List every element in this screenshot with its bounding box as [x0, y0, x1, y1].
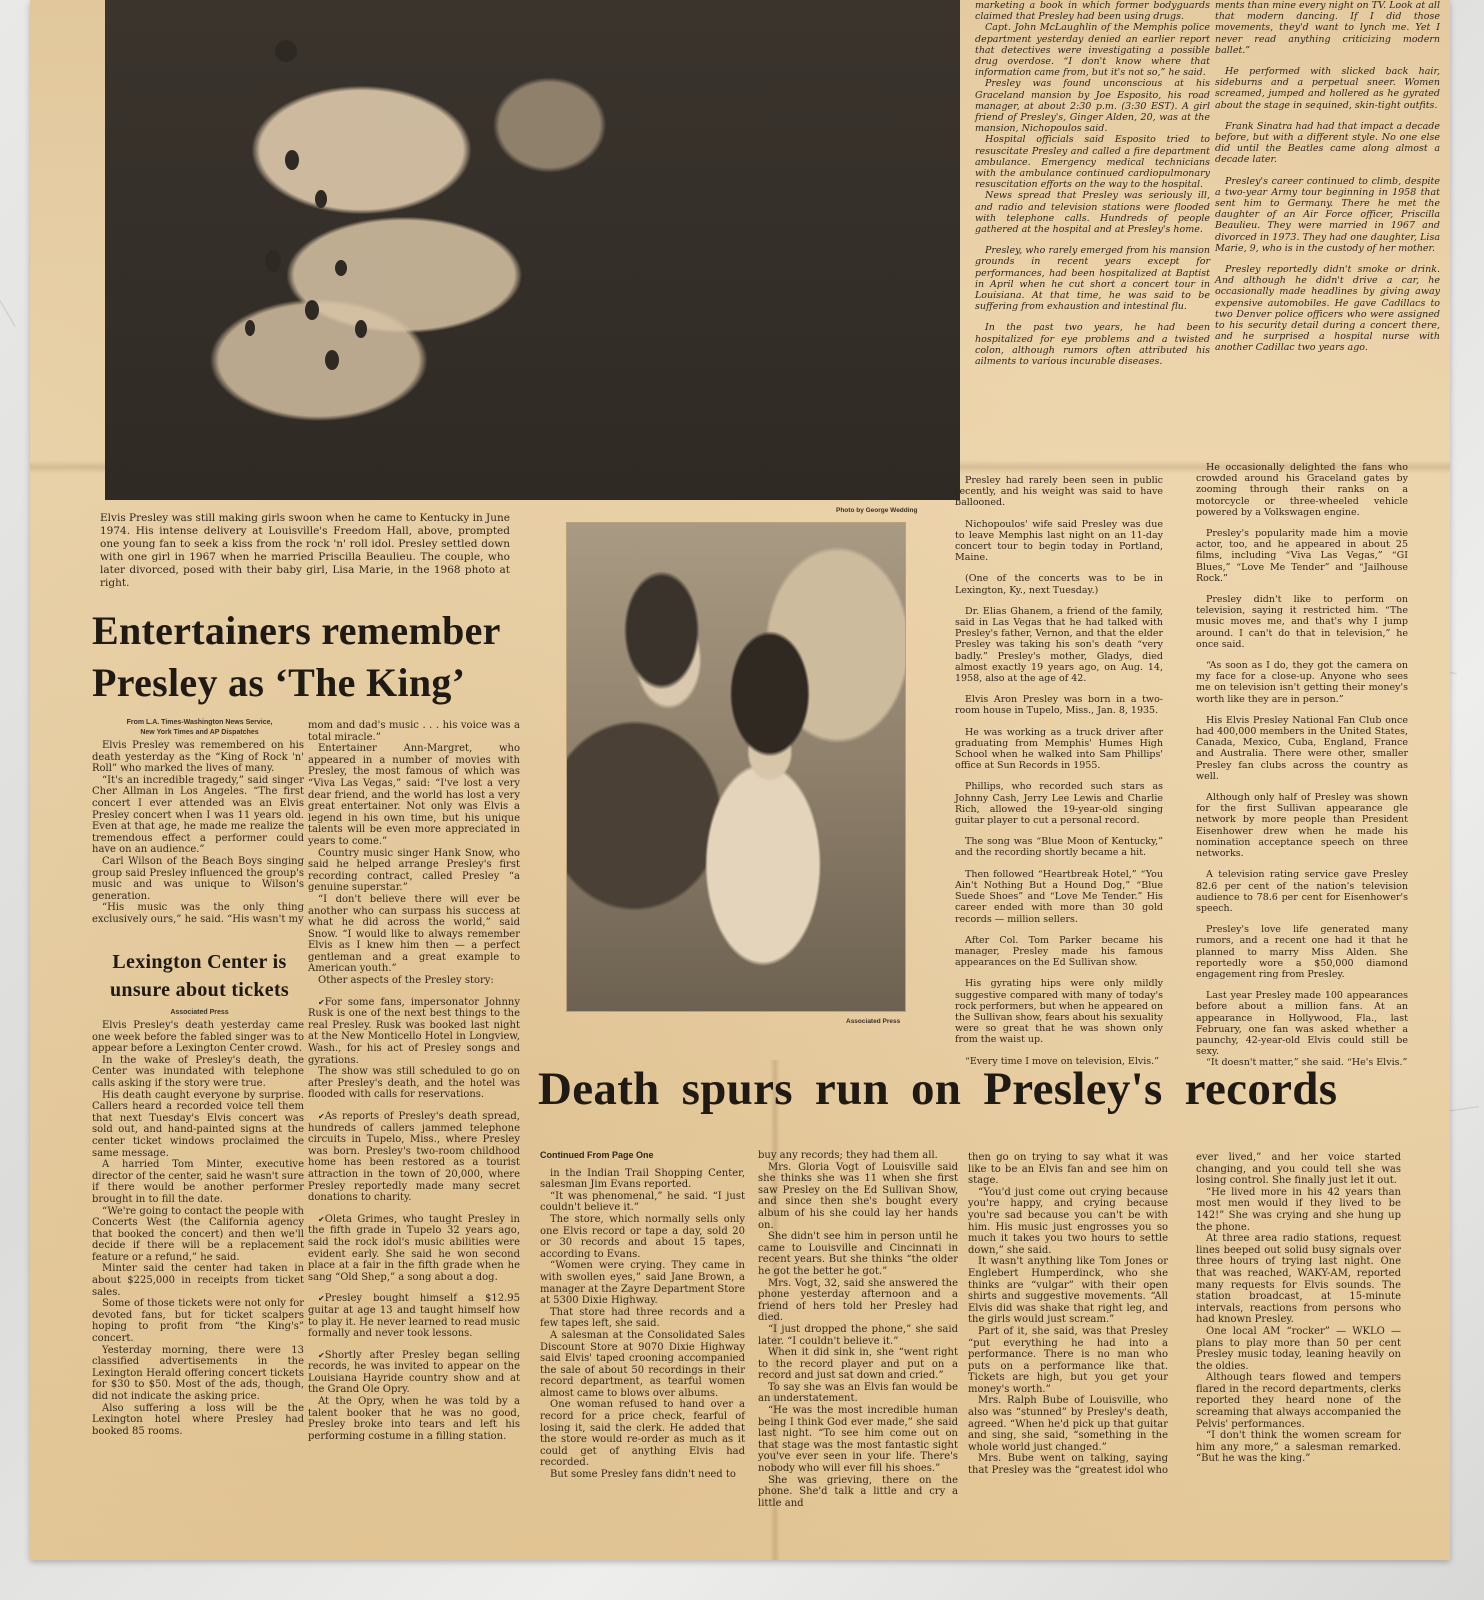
paragraph: Presley, who rarely emerged from his man… [975, 245, 1210, 312]
paragraph: Frank Sinatra had had that impact a deca… [1215, 121, 1440, 166]
paragraph: buy any records; they had them all. [758, 1150, 958, 1162]
family-photo [566, 522, 906, 1012]
paragraph: “It was phenomenal,” he said. “I just co… [540, 1191, 745, 1214]
paragraph: Then followed “Heartbreak Hotel,” “You A… [955, 869, 1163, 925]
paragraph: Presley's love life generated many rumor… [1196, 924, 1408, 980]
paragraph: He was working as a truck driver after g… [955, 727, 1163, 772]
paragraph: Presley reportedly didn't smoke or drink… [1215, 264, 1440, 354]
paragraph: His Elvis Presley National Fan Club once… [1196, 715, 1408, 782]
column-records-1: Continued From Page One in the Indian Tr… [540, 1150, 745, 1481]
paragraph: “We're going to contact the people with … [92, 1206, 304, 1264]
byline-lexington: Associated Press [92, 1008, 307, 1018]
paragraph: Nichopoulos' wife said Presley was due t… [955, 519, 1163, 564]
bullet-item: As reports of Presley's death spread, hu… [308, 1111, 520, 1204]
paragraph: Mrs. Gloria Vogt of Louisville said she … [758, 1162, 958, 1232]
paragraph: A harried Tom Minter, executive director… [92, 1159, 304, 1205]
headline-records: Death spurs run on Presley's records [538, 1060, 1378, 1118]
paragraph: ever lived,” and her voice started chang… [1196, 1152, 1401, 1187]
paragraph: She didn't see him in person until he ca… [758, 1231, 958, 1277]
byline-line: From L.A. Times-Washington News Service, [92, 718, 307, 728]
paragraph: One local AM “rocker” — WKLO — plans to … [1196, 1326, 1401, 1372]
paragraph: Other aspects of the Presley story: [308, 975, 520, 987]
paragraph: Carl Wilson of the Beach Boys singing gr… [92, 856, 304, 902]
headline-entertainers: Entertainers remember Presley as ‘The Ki… [92, 605, 532, 709]
paragraph: “Women were crying. They came in with sw… [540, 1260, 745, 1306]
paragraph: A salesman at the Consolidated Sales Dis… [540, 1330, 745, 1400]
column-records-3: then go on trying to say what it was lik… [968, 1152, 1168, 1477]
paragraph: That store had three records and a few t… [540, 1307, 745, 1330]
paragraph: Capt. John McLaughlin of the Memphis pol… [975, 22, 1210, 78]
paragraph: Part of it, she said, was that Presley “… [968, 1326, 1168, 1396]
paragraph: “As soon as I do, they got the camera on… [1196, 660, 1408, 705]
paragraph: “He was the most incredible human being … [758, 1405, 958, 1475]
column-main-lower-right: He occasionally delighted the fans who c… [1196, 462, 1408, 1069]
paragraph: Elvis Presley's death yesterday came one… [92, 1020, 304, 1055]
paragraph: Yesterday morning, there were 13 classif… [92, 1345, 304, 1403]
paragraph: Mrs. Vogt, 32, said she answered the pho… [758, 1278, 958, 1324]
continued-label: Continued From Page One [540, 1150, 745, 1162]
paragraph: Presley's career continued to climb, des… [1215, 176, 1440, 254]
photo-credit: Photo by George Wedding [836, 507, 918, 514]
paragraph: Elvis Presley was remembered on his deat… [92, 740, 304, 775]
headline-lexington: Lexington Center is unsure about tickets [92, 948, 307, 1004]
paragraph: Some of those tickets were not only for … [92, 1298, 304, 1344]
paragraph: “He lived more in his 42 years than most… [1196, 1187, 1401, 1233]
paragraph: “I just dropped the phone,” she said lat… [758, 1324, 958, 1347]
paragraph: Presley's popularity made him a movie ac… [1196, 528, 1408, 584]
paragraph: Although tears flowed and tempers flared… [1196, 1372, 1401, 1430]
paragraph: Mrs. Bube went on talking, saying that P… [968, 1453, 1168, 1476]
paragraph: then go on trying to say what it was lik… [968, 1152, 1168, 1187]
byline-line: New York Times and AP Dispatches [92, 728, 307, 738]
paragraph: After Col. Tom Parker became his manager… [955, 935, 1163, 969]
paragraph: “I don't think the women scream for him … [1196, 1430, 1401, 1465]
photo-credit: Associated Press [846, 1018, 900, 1025]
paragraph: mom and dad's music . . . his voice was … [308, 720, 520, 743]
paragraph: His death caught everyone by surprise. C… [92, 1090, 304, 1160]
paragraph: “You'd just come out crying because you'… [968, 1187, 1168, 1257]
paragraph: marketing a book in which former bodygua… [975, 0, 1210, 22]
paragraph: Elvis Aron Presley was born in a two-roo… [955, 694, 1163, 716]
paragraph: News spread that Presley was seriously i… [975, 190, 1210, 235]
bullet-item: Shortly after Presley began selling reco… [308, 1350, 520, 1396]
bullet-item: Presley bought himself a $12.95 guitar a… [308, 1293, 520, 1339]
paragraph: Phillips, who recorded such stars as Joh… [955, 781, 1163, 826]
paragraph: Country music singer Hank Snow, who said… [308, 848, 520, 894]
bullet-item: For some fans, impersonator Johnny Rusk … [308, 997, 520, 1067]
paragraph: (One of the concerts was to be in Lexing… [955, 573, 1163, 595]
column-main-upper-right: ments than mine every night on TV. Look … [1215, 0, 1440, 354]
paragraph: Entertainer Ann-Margret, who appeared in… [308, 743, 520, 847]
paragraph: Dr. Elias Ghanem, a friend of the family… [955, 606, 1163, 684]
paragraph: When it did sink in, she “went right to … [758, 1347, 958, 1382]
paragraph: Also suffering a loss will be the Lexing… [92, 1403, 304, 1438]
column-main-upper-left: marketing a book in which former bodygua… [975, 0, 1210, 367]
paragraph: Presley didn't like to perform on televi… [1196, 594, 1408, 650]
paragraph: “It's an incredible tragedy,” said singe… [92, 775, 304, 856]
paragraph: In the wake of Presley's death, the Cent… [92, 1055, 304, 1090]
paragraph: He performed with slicked back hair, sid… [1215, 66, 1440, 111]
paragraph: Hospital officials said Esposito tried t… [975, 134, 1210, 190]
concert-photo [105, 0, 960, 500]
paragraph: A television rating service gave Presley… [1196, 869, 1408, 914]
paragraph: “His music was the only thing exclusivel… [92, 902, 304, 925]
paragraph: Minter said the center had taken in abou… [92, 1263, 304, 1298]
paragraph: To say she was an Elvis fan would be an … [758, 1382, 958, 1405]
column-entertainers-2: mom and dad's music . . . his voice was … [308, 720, 520, 1442]
byline-entertainers: From L.A. Times-Washington News Service,… [92, 718, 307, 738]
paragraph: Presley had rarely been seen in public r… [955, 475, 1163, 509]
paragraph: Mrs. Ralph Bube of Louisville, who also … [968, 1395, 1168, 1453]
photo-caption: Elvis Presley was still making girls swo… [100, 512, 510, 590]
paragraph: At the Opry, when he was told by a talen… [308, 1396, 520, 1442]
column-lexington: Elvis Presley's death yesterday came one… [92, 1020, 304, 1437]
paragraph: Last year Presley made 100 appearances b… [1196, 990, 1408, 1057]
paragraph: One woman refused to hand over a record … [540, 1399, 745, 1469]
paragraph: But some Presley fans didn't need to [540, 1469, 745, 1481]
paragraph: His gyrating hips were only mildly sugge… [955, 978, 1163, 1045]
paragraph: The song was “Blue Moon of Kentucky,” an… [955, 836, 1163, 858]
paragraph: In the past two years, he had been hospi… [975, 322, 1210, 367]
column-entertainers-1: Elvis Presley was remembered on his deat… [92, 740, 304, 926]
paragraph: in the Indian Trail Shopping Center, sal… [540, 1168, 745, 1191]
paragraph: ments than mine every night on TV. Look … [1215, 0, 1440, 56]
column-records-2: buy any records; they had them all. Mrs.… [758, 1150, 958, 1509]
paragraph: Although only half of Presley was shown … [1196, 792, 1408, 859]
bullet-item: Oleta Grimes, who taught Presley in the … [308, 1214, 520, 1284]
paragraph: At three area radio stations, request li… [1196, 1233, 1401, 1326]
paragraph: He occasionally delighted the fans who c… [1196, 462, 1408, 518]
paragraph: The show was still scheduled to go on af… [308, 1066, 520, 1101]
paragraph: “I don't believe there will ever be anot… [308, 894, 520, 975]
paragraph: It wasn't anything like Tom Jones or Eng… [968, 1256, 1168, 1326]
column-records-4: ever lived,” and her voice started chang… [1196, 1152, 1401, 1465]
paragraph: She was grieving, there on the phone. Sh… [758, 1475, 958, 1510]
marble-vein [0, 300, 15, 326]
paragraph: The store, which normally sells only one… [540, 1214, 745, 1260]
column-main-lower-left: Presley had rarely been seen in public r… [955, 475, 1163, 1067]
paragraph: Presley was found unconscious at his Gra… [975, 78, 1210, 134]
